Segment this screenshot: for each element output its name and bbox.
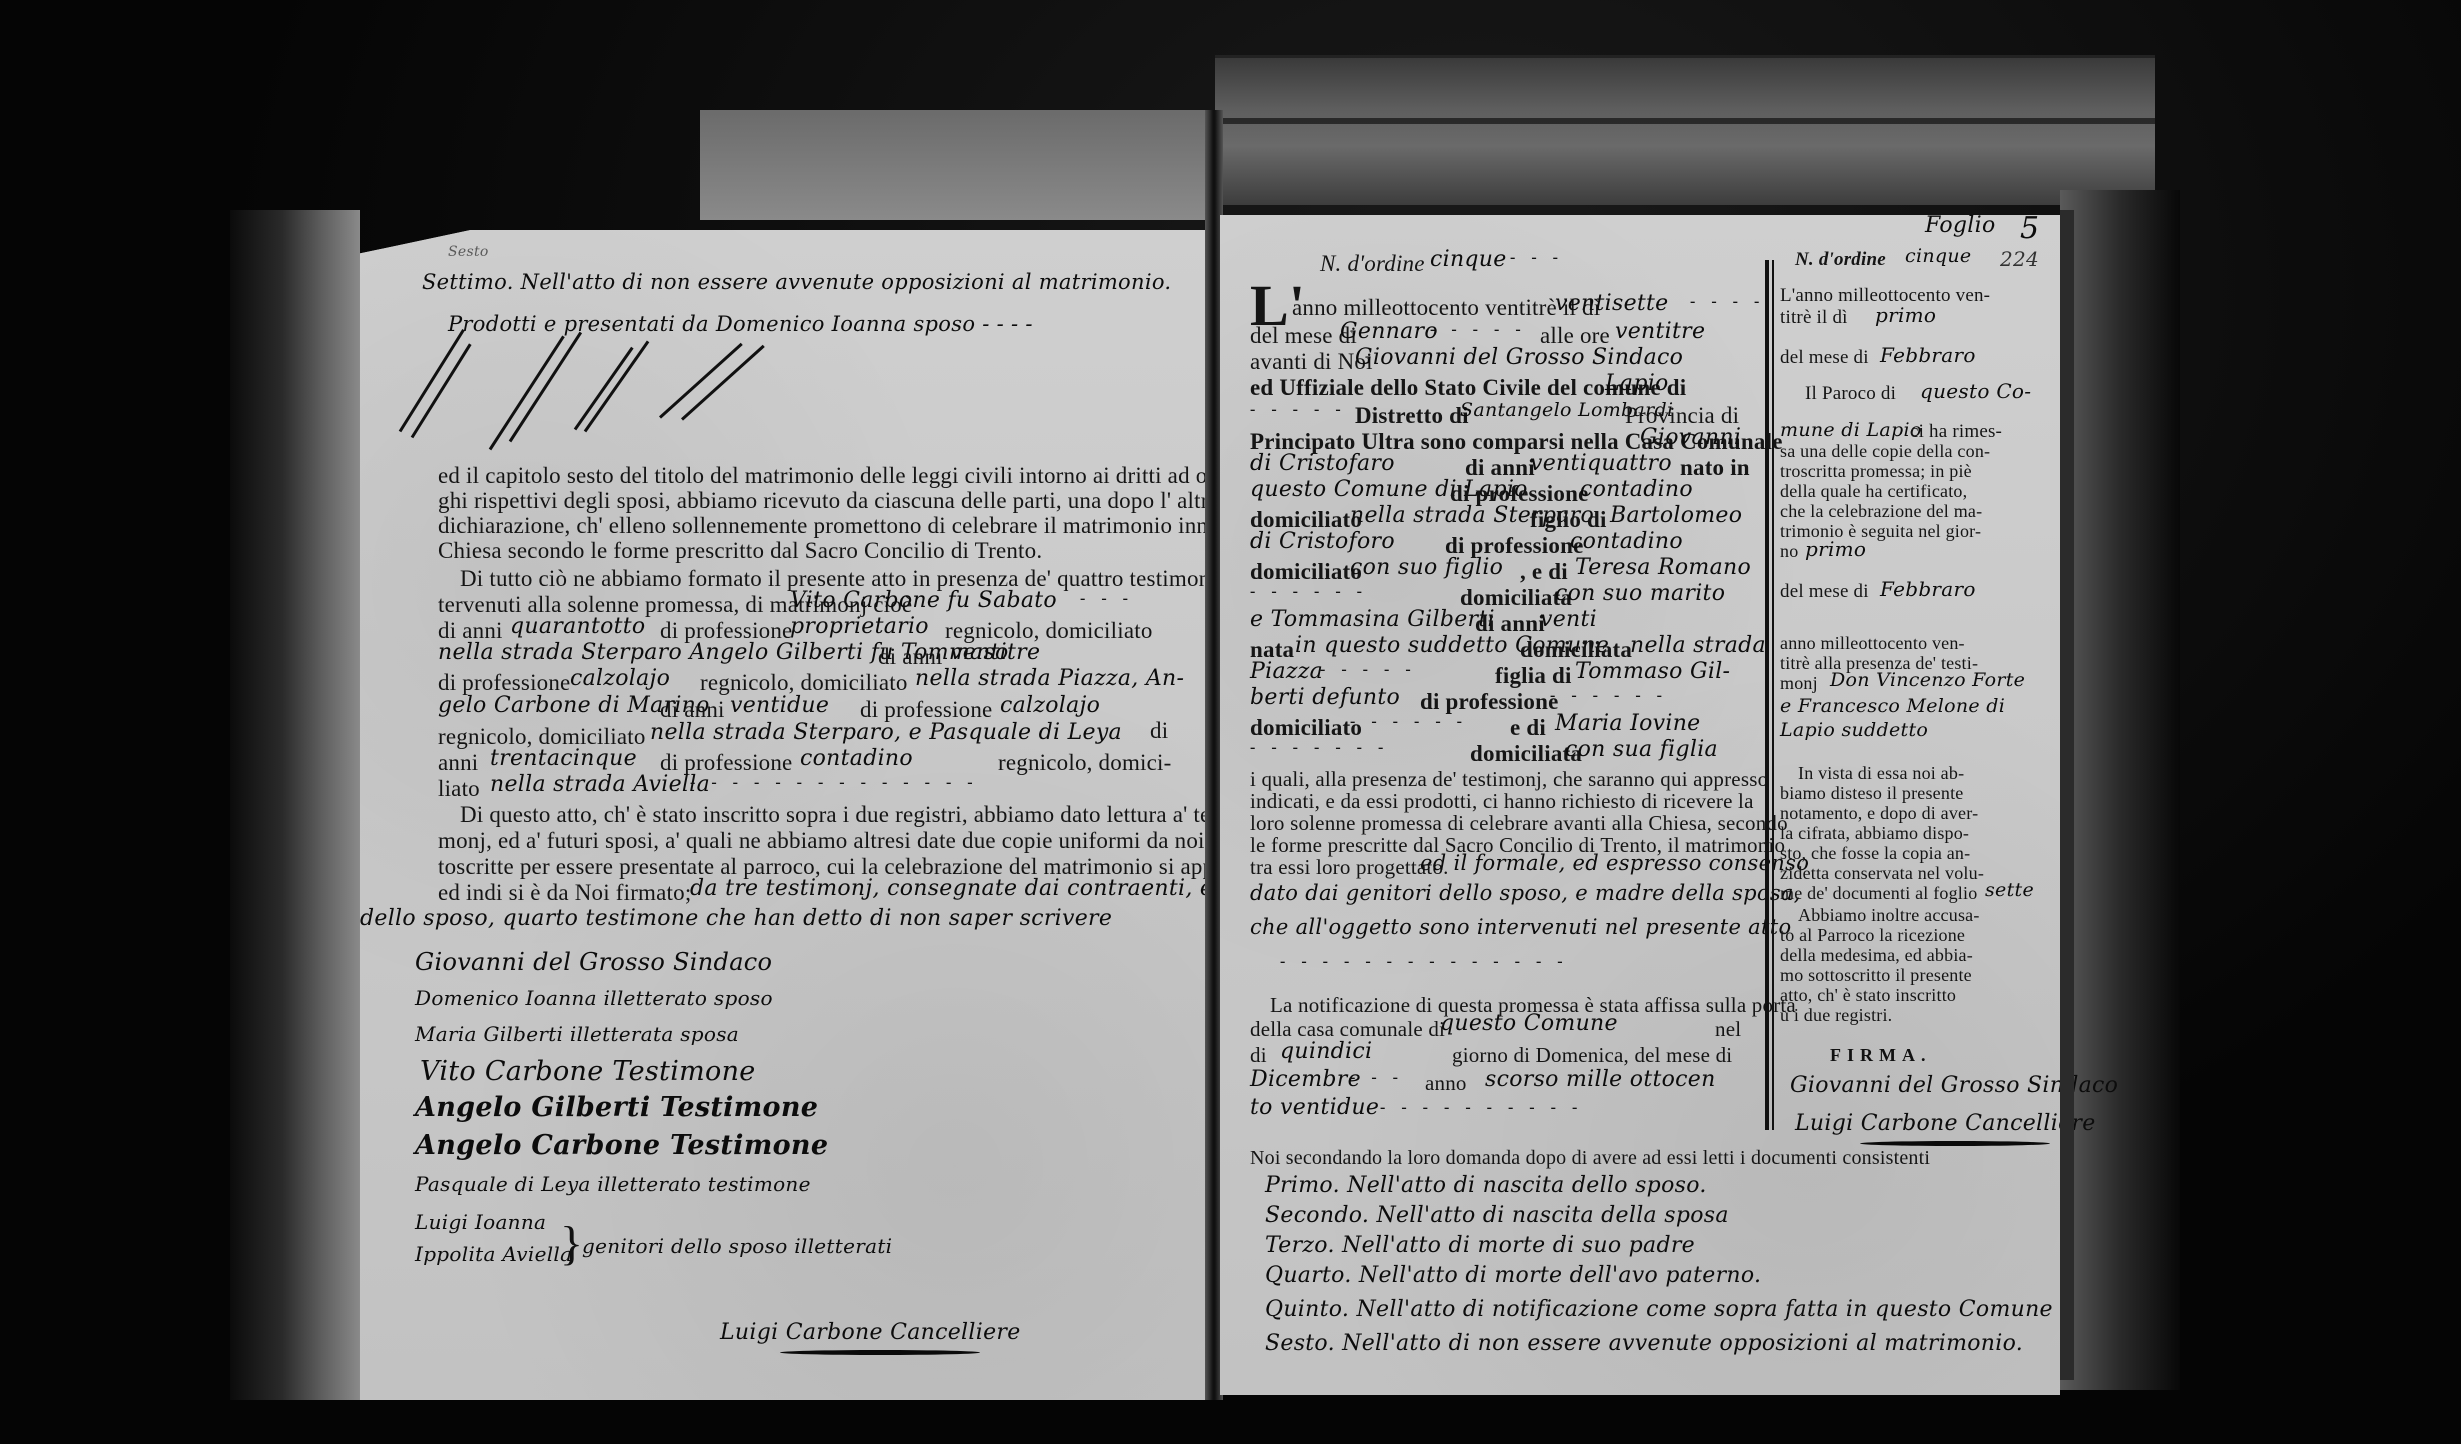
signature-flourish bbox=[1860, 1141, 2050, 1146]
printed-line: biamo disteso il presente bbox=[1780, 783, 1963, 804]
bride-mother-domicile: con sua figlia bbox=[1565, 737, 1718, 762]
witness-1-age: quarantotto bbox=[510, 614, 645, 639]
month-value: Gennaro bbox=[1340, 319, 1438, 344]
firma-heading: FIRMA. bbox=[1830, 1045, 1932, 1066]
label: domiciliato bbox=[1250, 559, 1362, 585]
signature: Vito Carbone Testimone bbox=[420, 1056, 756, 1087]
document-item: Terzo. Nell'atto di morte di suo padre bbox=[1265, 1233, 1695, 1258]
bride-father-surname: berti defunto bbox=[1250, 685, 1400, 710]
printed-line: Chiesa secondo le forme prescritto dal S… bbox=[438, 538, 1042, 564]
printed-line: anno milleottocento ven- bbox=[1780, 633, 1965, 654]
mayor-name: Giovanni del Grosso Sindaco bbox=[1355, 345, 1683, 370]
printed-line: mo sottoscritto il presente bbox=[1780, 965, 1972, 986]
signature: Angelo Gilberti Testimone bbox=[415, 1092, 818, 1123]
printed-line: tra essi loro progettato. bbox=[1250, 855, 1449, 880]
page-stack-edge bbox=[2060, 210, 2074, 1380]
bride-mother: Maria Iovine bbox=[1555, 711, 1701, 736]
notification-month: Dicembre bbox=[1250, 1067, 1361, 1092]
folio-number: 5 bbox=[2020, 211, 2039, 246]
printed-line: sa una delle copie della con- bbox=[1780, 441, 1990, 462]
bride-father: Tommaso Gil- bbox=[1575, 659, 1730, 684]
consent-note: dato dai genitori dello sposo, e madre d… bbox=[1250, 881, 1801, 905]
notification-place: questo Comune bbox=[1440, 1011, 1618, 1036]
order-label: N. d'ordine bbox=[1320, 251, 1425, 277]
label: di bbox=[1250, 1043, 1267, 1068]
bride-age: venti bbox=[1540, 607, 1597, 632]
hour-value: ventitre bbox=[1615, 319, 1705, 344]
groom-father: Bartolomeo bbox=[1610, 503, 1742, 528]
printed-line: titrè il dì bbox=[1780, 307, 1848, 329]
right-page: N. d'ordine cinque - - - L' anno milleot… bbox=[1220, 215, 2060, 1395]
column-divider bbox=[1772, 260, 1774, 1130]
order-number: cinque bbox=[1430, 247, 1507, 272]
groom-father-surname: di Cristoforo bbox=[1250, 529, 1395, 554]
witness-1-name: Vito Carbone fu Sabato bbox=[790, 588, 1057, 613]
stamp-number: 224 bbox=[2000, 247, 2039, 271]
consent-note: ed il formale, ed espresso consenso bbox=[1420, 851, 1809, 875]
document-item: Sesto. Nell'atto di non essere avvenute … bbox=[1265, 1331, 2023, 1356]
cancel-stroke bbox=[659, 343, 743, 419]
printed-line: zidetta conservata nel volu- bbox=[1780, 863, 1984, 884]
label: di professione bbox=[1420, 689, 1558, 715]
day-value: primo bbox=[1875, 303, 1936, 327]
printed-line: monj, ed a' futuri sposi, a' quali ne ab… bbox=[438, 828, 1246, 854]
printed-line: me de' documenti al foglio bbox=[1780, 883, 1977, 904]
witness-2-age: ventitre bbox=[950, 640, 1040, 665]
comune-value: Lapio bbox=[1605, 371, 1669, 396]
printed-line: che la celebrazione del ma- bbox=[1780, 501, 1982, 522]
label: regnicolo, domici- bbox=[998, 750, 1172, 776]
cancel-stroke bbox=[489, 335, 565, 450]
label: domiciliato bbox=[1250, 715, 1362, 741]
folio-word: sette bbox=[1985, 879, 2034, 901]
marriage-witnesses: Lapio suddetto bbox=[1780, 719, 1928, 741]
bride-name: e Tommasina Gilberti bbox=[1250, 607, 1495, 632]
printed-line: to al Parroco la ricezione bbox=[1780, 925, 1965, 946]
order-label: N. d'ordine bbox=[1795, 249, 1886, 271]
signature: Domenico Ioanna illetterato sposo bbox=[415, 986, 773, 1010]
witness-2-profession: calzolajo bbox=[570, 666, 670, 691]
back-pages-stack bbox=[1215, 55, 2155, 205]
document-item: Primo. Nell'atto di nascita dello sposo. bbox=[1265, 1173, 1707, 1198]
label: Il Paroco di bbox=[1805, 383, 1896, 405]
book-cover-left-edge bbox=[230, 210, 360, 1400]
printed-line: ghi rispettivi degli sposi, abbiamo rice… bbox=[438, 488, 1242, 514]
label: nel bbox=[1715, 1017, 1741, 1042]
cancel-stroke bbox=[574, 347, 634, 431]
witness-4-profession: contadino bbox=[800, 746, 913, 771]
notification-day: quindici bbox=[1280, 1039, 1372, 1064]
label: e di bbox=[1510, 715, 1546, 741]
printed-line: Abbiamo inoltre accusa- bbox=[1798, 905, 1980, 926]
chancellor-signature: Luigi Carbone Cancelliere bbox=[1795, 1111, 2096, 1136]
label: Distretto di bbox=[1355, 403, 1469, 429]
signature: Angelo Carbone Testimone bbox=[415, 1130, 828, 1161]
printed-line: della medesima, ed abbia- bbox=[1780, 945, 1973, 966]
month-value: Febbraro bbox=[1880, 343, 1976, 367]
cancel-stroke bbox=[681, 345, 765, 421]
label: di bbox=[1150, 718, 1168, 744]
parroco-place-cont: mune di Lapio bbox=[1780, 419, 1922, 441]
notification-year-cont: to ventidue bbox=[1250, 1095, 1379, 1120]
day-value: ventisette bbox=[1555, 291, 1669, 316]
bride-domicile-street: Piazza bbox=[1250, 659, 1323, 684]
signature: Ippolita Aviella bbox=[415, 1242, 572, 1266]
bride-domicile: nella strada bbox=[1630, 633, 1766, 658]
groom-surname: di Cristofaro bbox=[1250, 451, 1395, 476]
groom-profession: contadino bbox=[1580, 477, 1693, 502]
label: anno bbox=[1425, 1071, 1467, 1096]
label: del mese di bbox=[1780, 581, 1869, 603]
label: del mese di bbox=[1780, 347, 1869, 369]
printed-line: dichiarazione, ch' elleno sollennemente … bbox=[438, 513, 1287, 539]
document-item: Quinto. Nell'atto di notificazione come … bbox=[1265, 1297, 2053, 1322]
handwritten-line: Settimo. Nell'atto di non essere avvenut… bbox=[422, 270, 1171, 294]
witness-2-domicile: nella strada Piazza, An- bbox=[915, 666, 1184, 691]
signature: Luigi Ioanna bbox=[415, 1210, 546, 1234]
book-cover-right-edge bbox=[2060, 190, 2180, 1390]
handwritten-note: dello sposo, quarto testimone che han de… bbox=[360, 906, 1112, 931]
witness-4-age: trentacinque bbox=[490, 746, 637, 771]
groom-mother: Teresa Romano bbox=[1575, 555, 1751, 580]
signature: Giovanni del Grosso Sindaco bbox=[415, 948, 772, 976]
cancel-stroke bbox=[411, 343, 472, 438]
printed-line: In vista di essa noi ab- bbox=[1798, 763, 1964, 784]
signature: Maria Gilberti illetterata sposa bbox=[415, 1022, 739, 1046]
groom-name: Giovanni bbox=[1640, 425, 1741, 450]
column-divider bbox=[1765, 260, 1769, 1130]
printed-line: sto, che fosse la copia an- bbox=[1780, 843, 1970, 864]
documents-intro: Noi secondando la loro domanda dopo di a… bbox=[1250, 1147, 1930, 1170]
chancellor-signature: Luigi Carbone Cancelliere bbox=[720, 1320, 1021, 1345]
label: monj bbox=[1780, 673, 1818, 694]
witness-3-age: ventidue bbox=[730, 693, 829, 718]
groom-father-profession: contadino bbox=[1570, 529, 1683, 554]
order-number: cinque bbox=[1905, 245, 1971, 267]
witness-4-domicile: nella strada Aviella bbox=[490, 772, 710, 797]
cancel-stroke bbox=[509, 332, 582, 443]
printed-line: atto, ch' è stato inscritto bbox=[1780, 985, 1956, 1006]
handwritten-line: Prodotti e presentati da Domenico Ioanna… bbox=[448, 312, 1033, 336]
day-value-2: primo bbox=[1805, 537, 1866, 561]
bracket: } bbox=[560, 1220, 583, 1268]
parents-note: genitori dello sposo illetterati bbox=[582, 1234, 892, 1258]
signature-flourish bbox=[780, 1350, 980, 1355]
printed-line: troscritta promessa; in piè bbox=[1780, 461, 1972, 482]
label: anni bbox=[438, 750, 478, 776]
printed-line: Di questo atto, ch' è stato inscritto so… bbox=[460, 802, 1241, 828]
document-item: Quarto. Nell'atto di morte dell'avo pate… bbox=[1265, 1263, 1761, 1288]
left-page: Sesto Settimo. Nell'atto di non essere a… bbox=[360, 230, 1210, 1400]
folio-note: Foglio bbox=[1925, 213, 1996, 238]
cancel-stroke bbox=[584, 341, 650, 433]
marriage-witnesses: Don Vincenzo Forte bbox=[1830, 669, 2025, 691]
label: liato bbox=[438, 776, 480, 802]
groom-father-domicile: con suo figlio bbox=[1350, 555, 1503, 580]
printed-line: ed il capitolo sesto del titolo del matr… bbox=[438, 463, 1252, 489]
parroco-place: questo Co- bbox=[1920, 379, 2031, 403]
printed-line: notamento, e dopo di aver- bbox=[1780, 803, 1978, 824]
cancel-stroke bbox=[399, 329, 465, 432]
label: figlia di bbox=[1495, 663, 1572, 689]
signature: Pasquale di Leya illetterato testimone bbox=[415, 1172, 811, 1196]
back-page-left bbox=[700, 110, 1220, 220]
consent-note: che all'oggetto sono intervenuti nel pre… bbox=[1250, 915, 1791, 939]
printed-line: ed indi si è da Noi firmato; bbox=[438, 880, 691, 906]
margin-note: Sesto bbox=[448, 244, 489, 260]
marriage-witnesses: e Francesco Melone di bbox=[1780, 695, 2005, 717]
printed-line: u i due registri. bbox=[1780, 1005, 1892, 1026]
label: giorno di Domenica, del mese di bbox=[1452, 1043, 1732, 1068]
groom-mother-domicile: con suo marito bbox=[1555, 581, 1725, 606]
witness-4-name: nella strada Sterparo, e Pasquale di Ley… bbox=[650, 720, 1122, 745]
printed-line: ci ha rimes- bbox=[1910, 421, 2002, 443]
document-item: Secondo. Nell'atto di nascita della spos… bbox=[1265, 1203, 1729, 1228]
notification-year: scorso mille ottocen bbox=[1485, 1067, 1716, 1092]
month-value-2: Febbraro bbox=[1880, 577, 1976, 601]
groom-age: ventiquattro bbox=[1530, 451, 1672, 476]
witness-3-profession: calzolajo bbox=[1000, 693, 1100, 718]
printed-line: la cifrata, abbiamo dispo- bbox=[1780, 823, 1969, 844]
witness-1-profession: proprietario bbox=[790, 614, 929, 639]
printed-line: della quale ha certificato, bbox=[1780, 481, 1967, 502]
printed-line: no bbox=[1780, 541, 1798, 562]
